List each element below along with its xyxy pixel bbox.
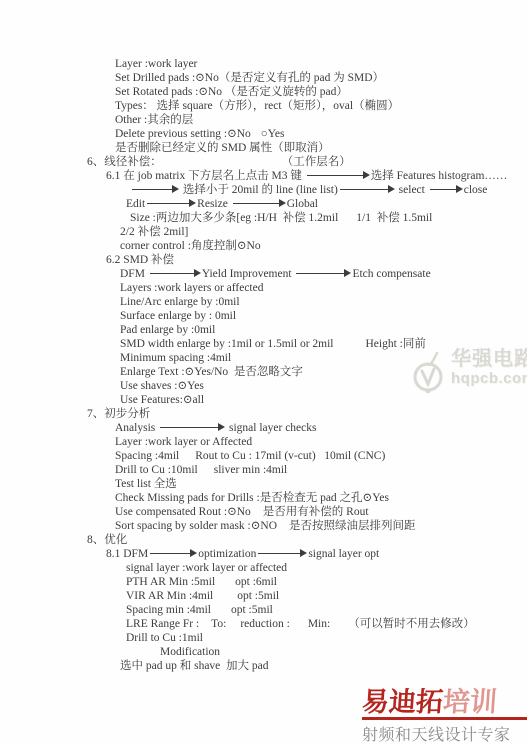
doc-text: VIR AR Min :4mil [126, 590, 213, 602]
doc-text: 6、线径补偿： [87, 156, 162, 168]
doc-line-41: LRE Range Fr :To:reduction :Min:（可以暂时不用去… [126, 617, 522, 631]
watermark-brand: 华强电路 [451, 349, 527, 370]
doc-text: Sort spacing by solder mask :⊙NO [115, 520, 277, 532]
doc-text: PTH AR Min :5mil [126, 576, 215, 588]
arrow-icon [296, 273, 344, 274]
doc-text: sliver min :4mil [214, 464, 287, 476]
doc-line-43: Modification [160, 645, 522, 659]
doc-text: Pad enlarge by :0mil [120, 324, 215, 336]
doc-line-32: Check Missing pads for Drills :是否检查无 pad… [115, 491, 522, 505]
doc-line-39: VIR AR Min :4milopt :5mil [126, 589, 522, 603]
doc-text: Layers :work layers or affected [120, 282, 263, 294]
doc-text: Surface enlarge by : 0mil [120, 310, 236, 322]
doc-line-17: Layers :work layers or affected [120, 281, 522, 295]
doc-text: 1/1 补偿 1.5mil [356, 212, 432, 224]
arrow-icon [150, 273, 194, 274]
doc-text: Etch compensate [352, 268, 430, 280]
doc-text: reduction : [240, 618, 290, 630]
doc-line-15: 6.2 SMD 补偿 [106, 253, 522, 267]
doc-text: corner control :角度控制⊙No [120, 240, 261, 252]
doc-line-34: Sort spacing by solder mask :⊙NO是否按照绿油层排… [115, 519, 522, 533]
doc-line-2: Set Drilled pads :⊙No（是否定义有孔的 pad 为 SMD） [115, 71, 522, 85]
doc-text: opt :5mil [231, 604, 273, 616]
doc-text: 6.1 在 job matrix 下方层名上点击 M3 键 [106, 170, 305, 182]
doc-text: select [396, 184, 428, 196]
logo-text-sub: 培训 [442, 687, 498, 717]
logo-text-main: 易迪拓 [361, 687, 444, 717]
doc-text: 8.1 DFM [106, 548, 148, 560]
doc-line-14: corner control :角度控制⊙No [120, 239, 522, 253]
doc-text: Yield Improvement [202, 268, 295, 280]
doc-text: Spacing :4mil [115, 450, 179, 462]
doc-text: 选择 Features histogram…… [371, 170, 508, 182]
watermark-text: 华强电路 hqpcb.com [451, 349, 527, 387]
logo-brand-row: 易迪拓培训 [361, 688, 527, 716]
doc-text: Drill to Cu :10mil [115, 464, 198, 476]
arrow-icon [233, 203, 279, 204]
doc-text: Rout to Cu : 17mil (v-cut) 10mil (CNC) [195, 450, 385, 462]
doc-line-37: signal layer :work layer or affected [126, 561, 522, 575]
doc-text: 2/2 补偿 2mil] [120, 226, 188, 238]
doc-text: 8、优化 [87, 534, 127, 546]
doc-line-9: 6.1 在 job matrix 下方层名上点击 M3 键 选择 Feature… [106, 169, 522, 183]
doc-text: Enlarge Text :⊙Yes/No 是否忽略文字 [120, 366, 303, 378]
arrow-icon [150, 553, 190, 554]
doc-text: Types： 选择 square（方形），rect（矩形），oval（椭圆） [115, 100, 399, 112]
doc-line-42: Drill to Cu :1mil [126, 631, 522, 645]
doc-line-18: Line/Arc enlarge by :0mil [120, 295, 522, 309]
doc-line-20: Pad enlarge by :0mil [120, 323, 522, 337]
doc-line-7: 是否删除已经定义的 SMD 属性（即取消） [115, 141, 522, 155]
doc-text: 7、初步分析 [87, 408, 150, 420]
doc-line-8: 6、线径补偿：（工作层名） [87, 155, 522, 169]
doc-text: Minimum spacing :4mil [120, 352, 231, 364]
doc-text: signal layer opt [308, 548, 379, 560]
doc-text: signal layer checks [226, 422, 316, 434]
doc-line-4: Types： 选择 square（方形），rect（矩形），oval（椭圆） [115, 99, 522, 113]
doc-text: Test list 全选 [115, 478, 177, 490]
doc-text: （工作层名） [282, 156, 351, 168]
logo-underline [362, 717, 527, 720]
doc-line-33: Use compensated Rout :⊙No是否用有补偿的 Rout [115, 505, 522, 519]
arrow-icon [340, 189, 388, 190]
logo-tagline: 射频和天线设计专家 [362, 722, 527, 745]
doc-text: opt :6mil [235, 576, 277, 588]
doc-line-10: 选择小于 20mil 的 line (line list) select clo… [130, 183, 522, 197]
doc-line-38: PTH AR Min :5milopt :6mil [126, 575, 522, 589]
doc-text: Size :两边加大多少条[eg :H/H 补偿 1.2mil [130, 212, 338, 224]
doc-text: To: [211, 618, 226, 630]
doc-line-5: Other :其余的层 [115, 113, 522, 127]
doc-text: Line/Arc enlarge by :0mil [120, 296, 240, 308]
doc-line-31: Test list 全选 [115, 477, 522, 491]
doc-text: Set Drilled pads :⊙No（是否定义有孔的 pad 为 SMD） [115, 72, 384, 84]
doc-text: Modification [160, 646, 220, 658]
doc-text: Min: [308, 618, 330, 630]
arrow-icon [147, 203, 189, 204]
doc-text: 是否删除已经定义的 SMD 属性（即取消） [115, 142, 330, 154]
doc-text: Layer :work layer [115, 58, 197, 70]
doc-text: 选择小于 20mil 的 line (line list) [180, 184, 338, 196]
doc-line-28: Layer :work layer or Affected [115, 435, 522, 449]
doc-text: Other :其余的层 [115, 114, 193, 126]
doc-line-1: Layer :work layer [115, 57, 522, 71]
doc-text: DFM [120, 268, 148, 280]
arrow-icon [132, 189, 172, 190]
hqpcb-watermark: 华强电路 hqpcb.com [413, 349, 527, 397]
doc-text: Check Missing pads for Drills :是否检查无 pad… [115, 492, 389, 504]
doc-text: close [464, 184, 488, 196]
doc-line-27: Analysis signal layer checks [115, 421, 522, 435]
doc-line-29: Spacing :4milRout to Cu : 17mil (v-cut) … [115, 449, 522, 463]
doc-text: Use shaves :⊙Yes [120, 380, 204, 392]
doc-text: opt :5mil [237, 590, 279, 602]
hqpcb-logo-icon [413, 349, 449, 397]
doc-line-6: Delete previous setting :⊙No○Yes [115, 127, 522, 141]
doc-line-26: 7、初步分析 [87, 407, 522, 421]
doc-text: 是否用有补偿的 Rout [263, 506, 369, 518]
doc-text: optimization [198, 548, 256, 560]
doc-text: Analysis [115, 422, 158, 434]
doc-text: （可以暂时不用去修改） [348, 618, 475, 630]
arrow-icon [307, 175, 363, 176]
doc-text: Resize [197, 198, 231, 210]
doc-text: 6.2 SMD 补偿 [106, 254, 174, 266]
doc-text: Edit [126, 198, 145, 210]
doc-text: 是否按照绿油层排列间距 [289, 520, 416, 532]
doc-line-44: 选中 pad up 和 shave 加大 pad [120, 659, 522, 673]
doc-text: SMD width enlarge by :1mil or 1.5mil or … [120, 338, 334, 350]
arrow-icon [160, 427, 218, 428]
doc-text: Spacing min :4mil [126, 604, 211, 616]
doc-line-36: 8.1 DFMoptimizationsignal layer opt [106, 547, 522, 561]
doc-text: 选中 pad up 和 shave 加大 pad [120, 660, 269, 672]
doc-line-30: Drill to Cu :10milsliver min :4mil [115, 463, 522, 477]
doc-text: Use compensated Rout :⊙No [115, 506, 251, 518]
doc-text: LRE Range Fr : [126, 618, 199, 630]
doc-line-16: DFM Yield Improvement Etch compensate [120, 267, 522, 281]
doc-line-40: Spacing min :4milopt :5mil [126, 603, 522, 617]
doc-text: Drill to Cu :1mil [126, 632, 203, 644]
doc-text: Set Rotated pads :⊙No （是否定义旋转的 pad） [115, 86, 348, 98]
arrow-icon [258, 553, 300, 554]
doc-line-11: EditResize Global [126, 197, 522, 211]
doc-text: Use Features:⊙all [120, 394, 204, 406]
doc-line-12: Size :两边加大多少条[eg :H/H 补偿 1.2mil1/1 补偿 1.… [130, 211, 522, 225]
doc-text: Delete previous setting :⊙No [115, 128, 251, 140]
watermark-domain: hqpcb.com [451, 370, 527, 387]
doc-text: Layer :work layer or Affected [115, 436, 252, 448]
doc-line-13: 2/2 补偿 2mil] [120, 225, 522, 239]
doc-line-19: Surface enlarge by : 0mil [120, 309, 522, 323]
scanned-document-page: Layer :work layerSet Drilled pads :⊙No（是… [0, 0, 527, 745]
doc-text: signal layer :work layer or affected [126, 562, 287, 574]
doc-line-3: Set Rotated pads :⊙No （是否定义旋转的 pad） [115, 85, 522, 99]
doc-text: Global [287, 198, 318, 210]
arrow-icon [430, 189, 456, 190]
yditop-training-logo: 易迪拓培训 射频和天线设计专家 [362, 688, 527, 745]
doc-line-35: 8、优化 [87, 533, 522, 547]
doc-text: ○Yes [261, 128, 285, 140]
